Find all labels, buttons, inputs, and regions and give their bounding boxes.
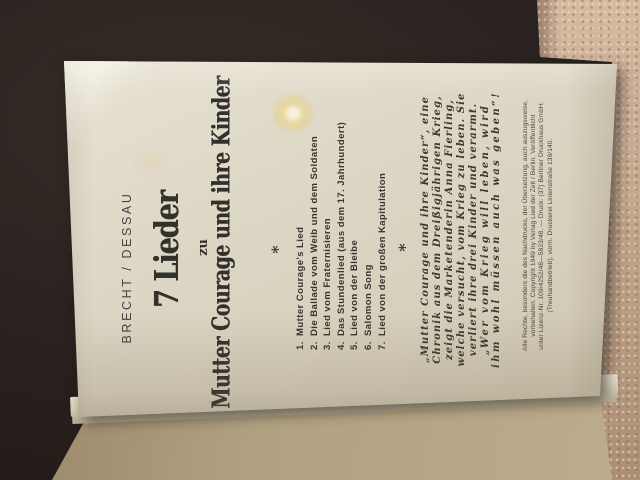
quote-line: Chronik aus dem Dreißigjährigen Krieg,	[432, 57, 444, 402]
author-line: BRECHT / DESSAU	[120, 95, 134, 440]
song-number: 6.	[362, 336, 376, 350]
imprint-line: (Treuhandbetrieb), vorm. Druckerei Linie…	[547, 53, 555, 398]
song-item: 1.Mutter Courage's Lied	[294, 122, 308, 350]
title-page: BRECHT / DESSAU 7 Lieder zu Mutter Coura…	[60, 57, 622, 421]
photo-background: BRECHT / DESSAU 7 Lieder zu Mutter Coura…	[0, 0, 640, 480]
title-page-wrap: BRECHT / DESSAU 7 Lieder zu Mutter Coura…	[60, 57, 622, 421]
song-title: Die Ballade vom Weib und dem Soldaten	[309, 136, 320, 336]
imprint-line: vorbehalten. Copyright 1949 by Verlag Li…	[530, 53, 538, 398]
song-list: 1.Mutter Courage's Lied 2.Die Ballade vo…	[294, 122, 389, 350]
song-title: Lied vom Fraternisieren	[322, 218, 333, 336]
song-number: 4.	[335, 336, 349, 350]
song-number: 1.	[294, 336, 308, 350]
song-number: 7.	[376, 336, 390, 350]
title-line-3: Mutter Courage und ihre Kinder	[208, 70, 236, 415]
quote-line: welche versucht, vom Krieg zu leben. Sie	[456, 57, 468, 402]
imprint-line: unter Lizenz-Nr. 109/4252/48—5823/48. — …	[538, 53, 546, 398]
song-number: 3.	[321, 336, 335, 350]
asterisk-separator: *	[268, 77, 287, 422]
song-title: Lied von der Bleibe	[349, 240, 360, 336]
imprint-line: Alle Rechte, besonders die des Nachdruck…	[522, 53, 530, 398]
song-item: 2.Die Ballade vom Weib und dem Soldaten	[308, 122, 322, 350]
song-title: Salomon Song	[363, 264, 374, 336]
song-item: 6.Salomon Song	[362, 122, 376, 350]
song-number: 5.	[348, 336, 362, 350]
song-item: 7.Lied von der großen Kapitulation	[376, 122, 390, 350]
song-item: 3.Lied vom Fraternisieren	[321, 122, 335, 350]
page-content: BRECHT / DESSAU 7 Lieder zu Mutter Coura…	[70, 65, 610, 410]
song-item: 4.Das Stundenlied (aus dem 17. Jahrhunde…	[335, 122, 349, 350]
song-title: Mutter Courage's Lied	[295, 227, 306, 336]
song-number: 2.	[308, 336, 322, 350]
quote-line: „Wer vom Krieg will leben, wird	[480, 57, 492, 402]
asterisk-separator: *	[395, 75, 414, 420]
imprint-block: Alle Rechte, besonders die des Nachdruck…	[522, 53, 555, 398]
song-item: 5.Lied von der Bleibe	[348, 122, 362, 350]
title-line-1: 7 Lieder	[149, 77, 187, 422]
quote-line: verliert ihre drei Kinder und verarmt.	[468, 57, 480, 402]
rotated-content-wrap: BRECHT / DESSAU 7 Lieder zu Mutter Coura…	[70, 65, 610, 410]
quote-line: zeigt die Marketenderin Anna Fierling,	[444, 57, 456, 402]
quote-line: „Mutter Courage und ihre Kinder“, eine	[420, 57, 432, 402]
quote-line: ihm wohl müssen auch was geben“!	[491, 57, 503, 402]
song-title: Das Stundenlied (aus dem 17. Jahrhundert…	[336, 122, 347, 336]
quote-block: „Mutter Courage und ihre Kinder“, eine C…	[420, 57, 503, 402]
song-title: Lied von der großen Kapitulation	[377, 173, 388, 336]
